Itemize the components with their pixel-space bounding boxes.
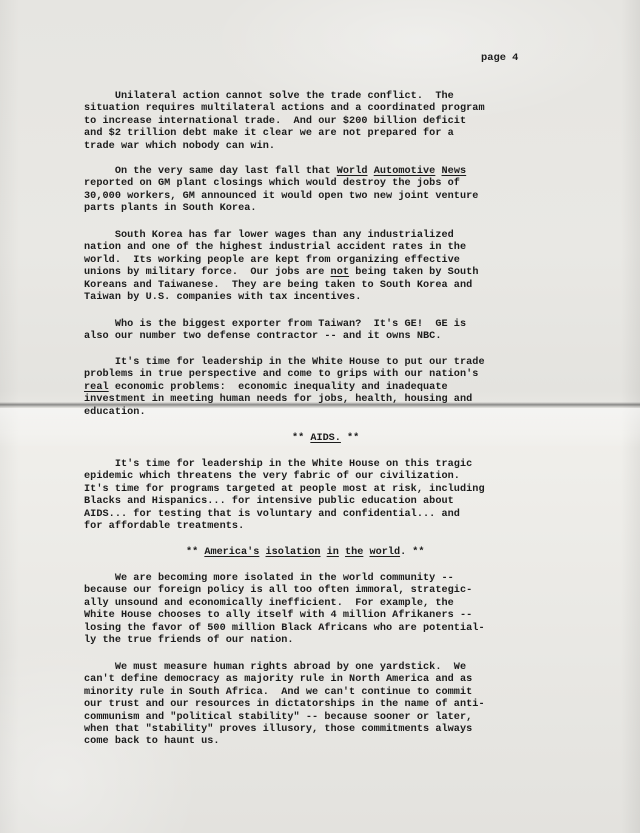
text-line: nation and one of the highest industrial… <box>84 242 478 254</box>
text-run: and $2 trillion debt make it clear we ar… <box>84 128 454 139</box>
text-line: reported on GM plant closings which woul… <box>84 178 478 190</box>
text-line: minority rule in South Africa. And we ca… <box>84 687 485 699</box>
text-run: communism and "political stability" -- b… <box>84 712 472 723</box>
text-run: parts plants in South Korea. <box>84 203 257 214</box>
underlined-text: isolation <box>266 547 321 558</box>
text-line: real economic problems: economic inequal… <box>84 382 485 394</box>
paragraph-biggest-exporter-taiwan: Who is the biggest exporter from Taiwan?… <box>84 319 466 344</box>
text-run: ally unsound and economically inefficien… <box>84 598 454 609</box>
page-number: page 4 <box>481 52 518 64</box>
section-heading-aids-heading: ** AIDS. ** <box>292 433 359 445</box>
text-line: It's time for leadership in the White Ho… <box>84 357 485 369</box>
text-line: losing the favor of 500 million Black Af… <box>84 623 485 635</box>
text-line: education. <box>84 407 485 419</box>
text-run: It's time for leadership in the White Ho… <box>84 459 472 470</box>
underlined-text: World <box>337 166 368 177</box>
text-run: situation requires multilateral actions … <box>84 103 485 114</box>
text-run: Taiwan by U.S. companies with tax incent… <box>84 292 361 303</box>
text-run: problems in true perspective and come to… <box>84 369 478 380</box>
text-line: 30,000 workers, GM announced it would op… <box>84 191 478 203</box>
text-run: . ** <box>400 547 424 558</box>
text-line: unions by military force. Our jobs are n… <box>84 267 478 279</box>
text-line: situation requires multilateral actions … <box>84 103 485 115</box>
section-heading-americas-isolation-heading: ** America's isolation in the world. ** <box>186 547 425 559</box>
text-line: investment in meeting human needs for jo… <box>84 394 485 406</box>
text-line: also our number two defense contractor -… <box>84 331 466 343</box>
paragraph-becoming-isolated: We are becoming more isolated in the wor… <box>84 573 485 647</box>
text-run: It's time for leadership in the White Ho… <box>84 357 485 368</box>
underlined-text: real <box>84 382 109 393</box>
text-line: We are becoming more isolated in the wor… <box>84 573 485 585</box>
paragraph-human-rights-yardstick: We must measure human rights abroad by o… <box>84 662 485 749</box>
text-line: for affordable treatments. <box>84 521 485 533</box>
text-run: Koreans and Taiwanese. They are being ta… <box>84 280 472 291</box>
text-run: to increase international trade. And our… <box>84 116 466 127</box>
paragraph-leadership-trade: It's time for leadership in the White Ho… <box>84 357 485 419</box>
paragraph-aids-paragraph: It's time for leadership in the White Ho… <box>84 459 485 533</box>
text-run: when that "stability" proves illusory, t… <box>84 724 472 735</box>
text-line: trade war which nobody can win. <box>84 141 485 153</box>
text-line: when that "stability" proves illusory, t… <box>84 724 485 736</box>
text-run: We must measure human rights abroad by o… <box>84 662 466 673</box>
text-run: economic problems: economic inequality a… <box>109 382 448 393</box>
text-run: come back to haunt us. <box>84 736 220 747</box>
text-line: ly the true friends of our nation. <box>84 635 485 647</box>
text-run: South Korea has far lower wages than any… <box>84 230 454 241</box>
text-line: It's time for leadership in the White Ho… <box>84 459 485 471</box>
paragraph-gm-plant-closings: On the very same day last fall that Worl… <box>84 166 478 216</box>
text-line: Unilateral action cannot solve the trade… <box>84 91 485 103</box>
text-run: because our foreign policy is all too of… <box>84 585 472 596</box>
text-line: communism and "political stability" -- b… <box>84 712 485 724</box>
underlined-text: in <box>327 547 339 558</box>
text-line: Koreans and Taiwanese. They are being ta… <box>84 280 478 292</box>
text-line: Who is the biggest exporter from Taiwan?… <box>84 319 466 331</box>
text-run: can't define democracy as majority rule … <box>84 674 472 685</box>
text-line: our trust and our resources in dictators… <box>84 699 485 711</box>
text-run: also our number two defense contractor -… <box>84 331 441 342</box>
text-run: Who is the biggest exporter from Taiwan?… <box>84 319 466 330</box>
text-run: nation and one of the highest industrial… <box>84 242 466 253</box>
text-line: because our foreign policy is all too of… <box>84 585 485 597</box>
text-run: for affordable treatments. <box>84 521 244 532</box>
underlined-text: the <box>345 547 363 558</box>
text-line: South Korea has far lower wages than any… <box>84 230 478 242</box>
text-run: Blacks and Hispanics... for intensive pu… <box>84 496 454 507</box>
text-run: epidemic which threatens the very fabric… <box>84 471 460 482</box>
text-line: Blacks and Hispanics... for intensive pu… <box>84 496 485 508</box>
underlined-text: America's <box>204 547 259 558</box>
underlined-text: AIDS. <box>310 433 341 444</box>
text-line: come back to haunt us. <box>84 736 485 748</box>
text-line: On the very same day last fall that Worl… <box>84 166 478 178</box>
text-line: can't define democracy as majority rule … <box>84 674 485 686</box>
text-run: trade war which nobody can win. <box>84 141 275 152</box>
text-run: ly the true friends of our nation. <box>84 635 294 646</box>
text-run: Unilateral action cannot solve the trade… <box>84 91 454 102</box>
text-run: We are becoming more isolated in the wor… <box>84 573 454 584</box>
text-line: Taiwan by U.S. companies with tax incent… <box>84 292 478 304</box>
text-line: and $2 trillion debt make it clear we ar… <box>84 128 485 140</box>
text-run: losing the favor of 500 million Black Af… <box>84 623 485 634</box>
text-run: White House chooses to ally itself with … <box>84 610 472 621</box>
text-run: It's time for programs targeted at peopl… <box>84 484 485 495</box>
text-run: education. <box>84 407 146 418</box>
text-run: investment in meeting human needs for jo… <box>84 394 472 405</box>
text-line: AIDS... for testing that is voluntary an… <box>84 509 485 521</box>
text-line: It's time for programs targeted at peopl… <box>84 484 485 496</box>
text-run: ** <box>341 433 359 444</box>
text-run: world. Its working people are kept from … <box>84 255 460 266</box>
text-line: parts plants in South Korea. <box>84 203 478 215</box>
text-run: 30,000 workers, GM announced it would op… <box>84 191 478 202</box>
underlined-text: Automotive <box>374 166 436 177</box>
text-run: reported on GM plant closings which woul… <box>84 178 460 189</box>
underlined-text: News <box>442 166 467 177</box>
text-run: ** <box>186 547 204 558</box>
text-run: minority rule in South Africa. And we ca… <box>84 687 472 698</box>
text-run: being taken by South <box>349 267 478 278</box>
text-line: problems in true perspective and come to… <box>84 369 485 381</box>
text-line: White House chooses to ally itself with … <box>84 610 485 622</box>
text-line: ally unsound and economically inefficien… <box>84 598 485 610</box>
text-line: epidemic which threatens the very fabric… <box>84 471 485 483</box>
text-run: On the very same day last fall that <box>84 166 337 177</box>
text-line: world. Its working people are kept from … <box>84 255 478 267</box>
text-run: ** <box>292 433 310 444</box>
text-line: We must measure human rights abroad by o… <box>84 662 485 674</box>
paragraph-unilateral-action: Unilateral action cannot solve the trade… <box>84 91 485 153</box>
underlined-text: world <box>369 547 400 558</box>
text-run: AIDS... for testing that is voluntary an… <box>84 509 460 520</box>
underlined-text: not <box>331 267 350 278</box>
text-run: our trust and our resources in dictators… <box>84 699 485 710</box>
paragraph-south-korea-wages: South Korea has far lower wages than any… <box>84 230 478 304</box>
text-run: unions by military force. Our jobs are <box>84 267 331 278</box>
text-line: to increase international trade. And our… <box>84 116 485 128</box>
